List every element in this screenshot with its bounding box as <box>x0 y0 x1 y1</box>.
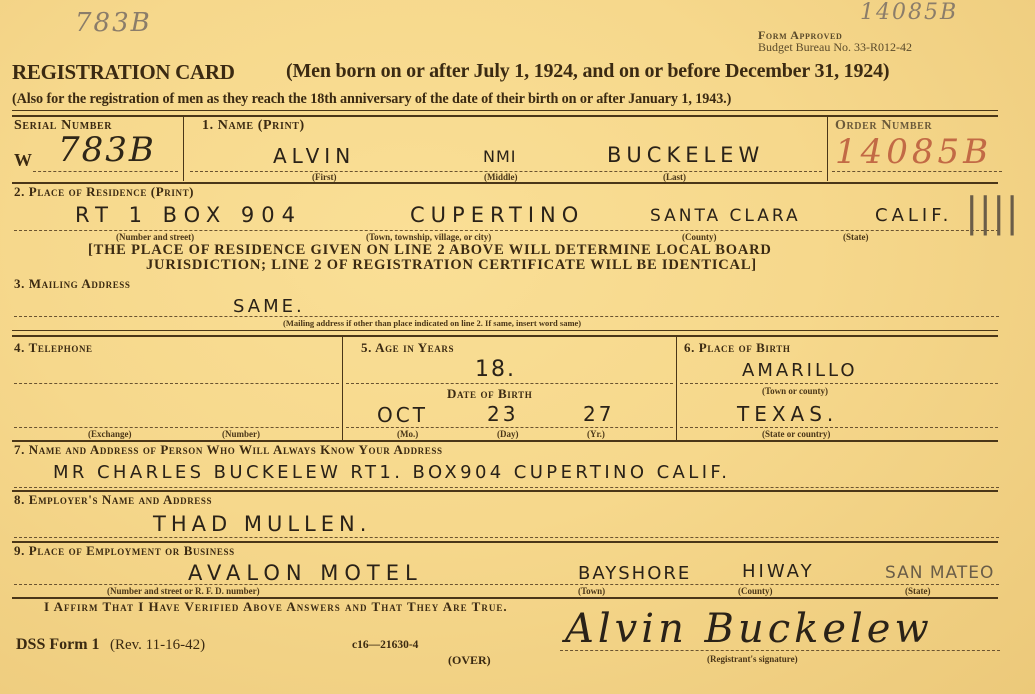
middle-caption: (Middle) <box>484 172 518 182</box>
residence-street-value: RT 1 BOX 904 <box>75 203 302 227</box>
age-label: 5. Age in Years <box>361 340 454 356</box>
birthplace-town-caption: (Town or county) <box>762 386 828 396</box>
first-name-value: ALVIN <box>273 144 355 168</box>
registrant-signature: Alvin Buckelew <box>565 606 933 652</box>
mailing-address-caption: (Mailing address if other than place ind… <box>283 318 581 328</box>
serial-prefix: W <box>14 150 32 171</box>
birth-year-value: 27 <box>583 402 614 426</box>
signature-caption: (Registrant's signature) <box>707 654 798 664</box>
pencil-serial-annotation: 783B <box>75 8 152 38</box>
birth-month-caption: (Mo.) <box>397 429 418 439</box>
pencil-order-annotation: 14085B <box>860 0 958 25</box>
birth-day-caption: (Day) <box>497 429 519 439</box>
last-name-value: BUCKELEW <box>607 143 764 167</box>
employment-state-caption: (State) <box>905 586 931 596</box>
form-id: DSS Form 1 <box>16 636 100 654</box>
telephone-exchange-caption: (Exchange) <box>88 429 132 439</box>
employer-value: THAD MULLEN. <box>153 512 371 536</box>
print-code: c16—21630-4 <box>352 639 418 651</box>
tally-marks: |||| <box>965 190 1019 236</box>
name-label: 1. Name (Print) <box>202 118 305 134</box>
form-subtitle: (Men born on or after July 1, 1924, and … <box>286 60 889 83</box>
affirmation-text: I Affirm That I Have Verified Above Answ… <box>44 599 508 615</box>
employment-town-value: BAYSHORE <box>578 563 691 584</box>
form-title: REGISTRATION CARD <box>12 60 235 85</box>
birth-day-value: 23 <box>487 402 518 426</box>
employer-label: 8. Employer's Name and Address <box>14 492 212 508</box>
registration-card: 783B 14085B Form Approved Budget Bureau … <box>0 0 1035 694</box>
age-value: 18. <box>475 357 516 382</box>
employment-street-value: AVALON MOTEL <box>188 561 423 585</box>
residence-state-value: CALIF. <box>875 205 952 226</box>
mailing-address-value: SAME. <box>233 296 305 317</box>
budget-bureau-number: Budget Bureau No. 33-R012-42 <box>758 40 912 55</box>
birthplace-state-value: TEXAS. <box>737 402 838 426</box>
contact-person-label: 7. Name and Address of Person Who Will A… <box>14 442 443 458</box>
middle-name-value: NMI <box>483 147 517 166</box>
birth-month-value: OCT <box>377 403 428 427</box>
residence-label: 2. Place of Residence (Print) <box>14 184 194 200</box>
residence-town-value: CUPERTINO <box>410 203 584 227</box>
telephone-label: 4. Telephone <box>14 340 93 356</box>
birthplace-town-value: AMARILLO <box>742 360 858 381</box>
order-number-value: 14085B <box>835 132 992 172</box>
last-caption: (Last) <box>663 172 686 182</box>
over-label: (OVER) <box>448 653 491 668</box>
first-caption: (First) <box>312 172 337 182</box>
contact-person-value: MR CHARLES BUCKELEW RT1. BOX904 CUPERTIN… <box>53 462 730 483</box>
residence-notice-line2: JURISDICTION; LINE 2 OF REGISTRATION CER… <box>146 257 757 274</box>
residence-state-caption: (State) <box>843 232 869 242</box>
form-revision: (Rev. 11-16-42) <box>110 637 205 654</box>
employment-town-caption: (Town) <box>578 586 605 596</box>
telephone-number-caption: (Number) <box>222 429 260 439</box>
residence-county-caption: (County) <box>682 232 717 242</box>
birthplace-label: 6. Place of Birth <box>684 340 791 356</box>
residence-county-value: SANTA CLARA <box>650 206 801 226</box>
employment-county-value: HIWAY <box>742 561 815 582</box>
employment-county-caption: (County) <box>738 586 773 596</box>
birth-year-caption: (Yr.) <box>587 429 605 439</box>
employment-label: 9. Place of Employment or Business <box>14 543 235 559</box>
date-of-birth-label: Date of Birth <box>447 386 532 402</box>
employment-state-value: SAN MATEO <box>885 563 994 583</box>
employment-street-caption: (Number and street or R. F. D. number) <box>107 586 260 596</box>
residence-town-caption: (Town, township, village, or city) <box>366 232 491 242</box>
mailing-address-label: 3. Mailing Address <box>14 276 131 292</box>
form-note: (Also for the registration of men as the… <box>12 91 731 108</box>
residence-street-caption: (Number and street) <box>116 232 194 242</box>
birthplace-state-caption: (State or country) <box>762 429 830 439</box>
serial-number-value: 783B <box>58 130 156 170</box>
